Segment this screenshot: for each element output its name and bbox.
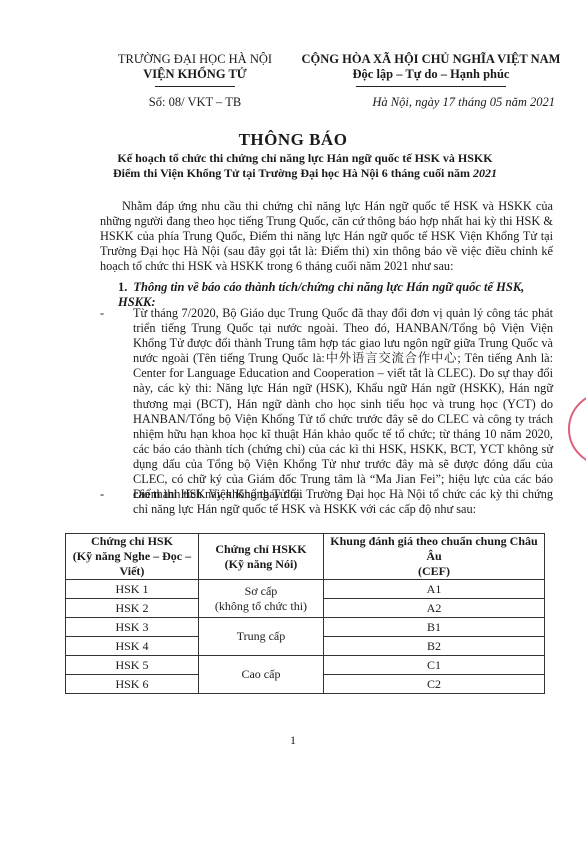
issuer-block: TRƯỜNG ĐẠI HỌC HÀ NỘI VIỆN KHỔNG TỬ: [100, 52, 290, 87]
subtitle-line2: Điểm thi Viện Khổng Tử tại Trường Đại họ…: [60, 166, 550, 181]
hsk-level: HSK 3: [66, 618, 199, 637]
cef-level: C2: [323, 675, 544, 694]
red-seal-stamp: [568, 392, 586, 466]
divider: [356, 86, 506, 87]
document-title: THÔNG BÁO: [0, 130, 586, 150]
hskk-line: (không tổ chức thi): [199, 599, 323, 614]
hsk-level: HSK 2: [66, 599, 199, 618]
bullet-text: Điểm thi HSK Viện Khổng Tử tại Trường Đạ…: [133, 487, 553, 517]
table-row: HSK 1 Sơ cấp(không tổ chức thi) A1: [66, 580, 545, 599]
cef-level: B2: [323, 637, 544, 656]
hskk-line: Sơ cấp: [199, 584, 323, 599]
document-subtitle: Kế hoạch tổ chức thi chứng chỉ năng lực …: [60, 151, 550, 181]
hskk-level: Trung cấp: [198, 618, 323, 656]
table-row: HSK 3 Trung cấp B1: [66, 618, 545, 637]
intro-paragraph: Nhằm đáp ứng nhu cầu thi chứng chỉ năng …: [100, 199, 553, 274]
reference-number: Số: 08/ VKT – TB: [100, 95, 290, 110]
bullet-text: Từ tháng 7/2020, Bộ Giáo dục Trung Quốc …: [133, 306, 553, 502]
header-line: Khung đánh giá theo chuẩn chung Châu Âu: [324, 534, 544, 564]
certificate-level-table: Chứng chỉ HSK(Kỹ năng Nghe – Đọc – Viết)…: [65, 533, 545, 694]
hsk-level: HSK 1: [66, 580, 199, 599]
header-line: Chứng chỉ HSKK: [199, 542, 323, 557]
header-line: (CEF): [324, 564, 544, 579]
section-title: Thông tin về báo cáo thành tích/chứng ch…: [118, 280, 524, 309]
section-number: 1.: [118, 280, 127, 294]
header-hskk: Chứng chỉ HSKK(Kỹ năng Nói): [198, 534, 323, 580]
hsk-level: HSK 4: [66, 637, 199, 656]
national-motto-block: CỘNG HÒA XÃ HỘI CHỦ NGHĨA VIỆT NAM Độc l…: [296, 52, 566, 87]
page-number: 1: [0, 733, 586, 748]
header-line: (Kỹ năng Nói): [199, 557, 323, 572]
hskk-level: Sơ cấp(không tổ chức thi): [198, 580, 323, 618]
header-line: Chứng chỉ HSK: [66, 534, 198, 549]
university-name: TRƯỜNG ĐẠI HỌC HÀ NỘI: [100, 52, 290, 67]
bullet-marker: -: [100, 487, 104, 502]
cef-level: B1: [323, 618, 544, 637]
hskk-level: Cao cấp: [198, 656, 323, 694]
bullet-marker: -: [100, 306, 104, 321]
subtitle-line2-text: Điểm thi Viện Khổng Tử tại Trường Đại họ…: [113, 166, 473, 180]
issue-date: Hà Nội, ngày 17 tháng 05 năm 2021: [330, 95, 555, 110]
header-line: (Kỹ năng Nghe – Đọc – Viết): [66, 549, 198, 579]
header-hsk: Chứng chỉ HSK(Kỹ năng Nghe – Đọc – Viết): [66, 534, 199, 580]
divider: [155, 86, 235, 87]
table-header-row: Chứng chỉ HSK(Kỹ năng Nghe – Đọc – Viết)…: [66, 534, 545, 580]
table-row: HSK 5 Cao cấp C1: [66, 656, 545, 675]
cef-level: A2: [323, 599, 544, 618]
hsk-level: HSK 6: [66, 675, 199, 694]
subtitle-year: 2021: [473, 166, 497, 180]
cef-level: C1: [323, 656, 544, 675]
hsk-level: HSK 5: [66, 656, 199, 675]
institute-name: VIỆN KHỔNG TỬ: [100, 67, 290, 82]
country-name: CỘNG HÒA XÃ HỘI CHỦ NGHĨA VIỆT NAM: [296, 52, 566, 67]
cef-level: A1: [323, 580, 544, 599]
subtitle-line1: Kế hoạch tổ chức thi chứng chỉ năng lực …: [60, 151, 550, 166]
document-page: TRƯỜNG ĐẠI HỌC HÀ NỘI VIỆN KHỔNG TỬ CỘNG…: [0, 0, 586, 842]
header-cef: Khung đánh giá theo chuẩn chung Châu Âu(…: [323, 534, 544, 580]
motto: Độc lập – Tự do – Hạnh phúc: [296, 67, 566, 82]
